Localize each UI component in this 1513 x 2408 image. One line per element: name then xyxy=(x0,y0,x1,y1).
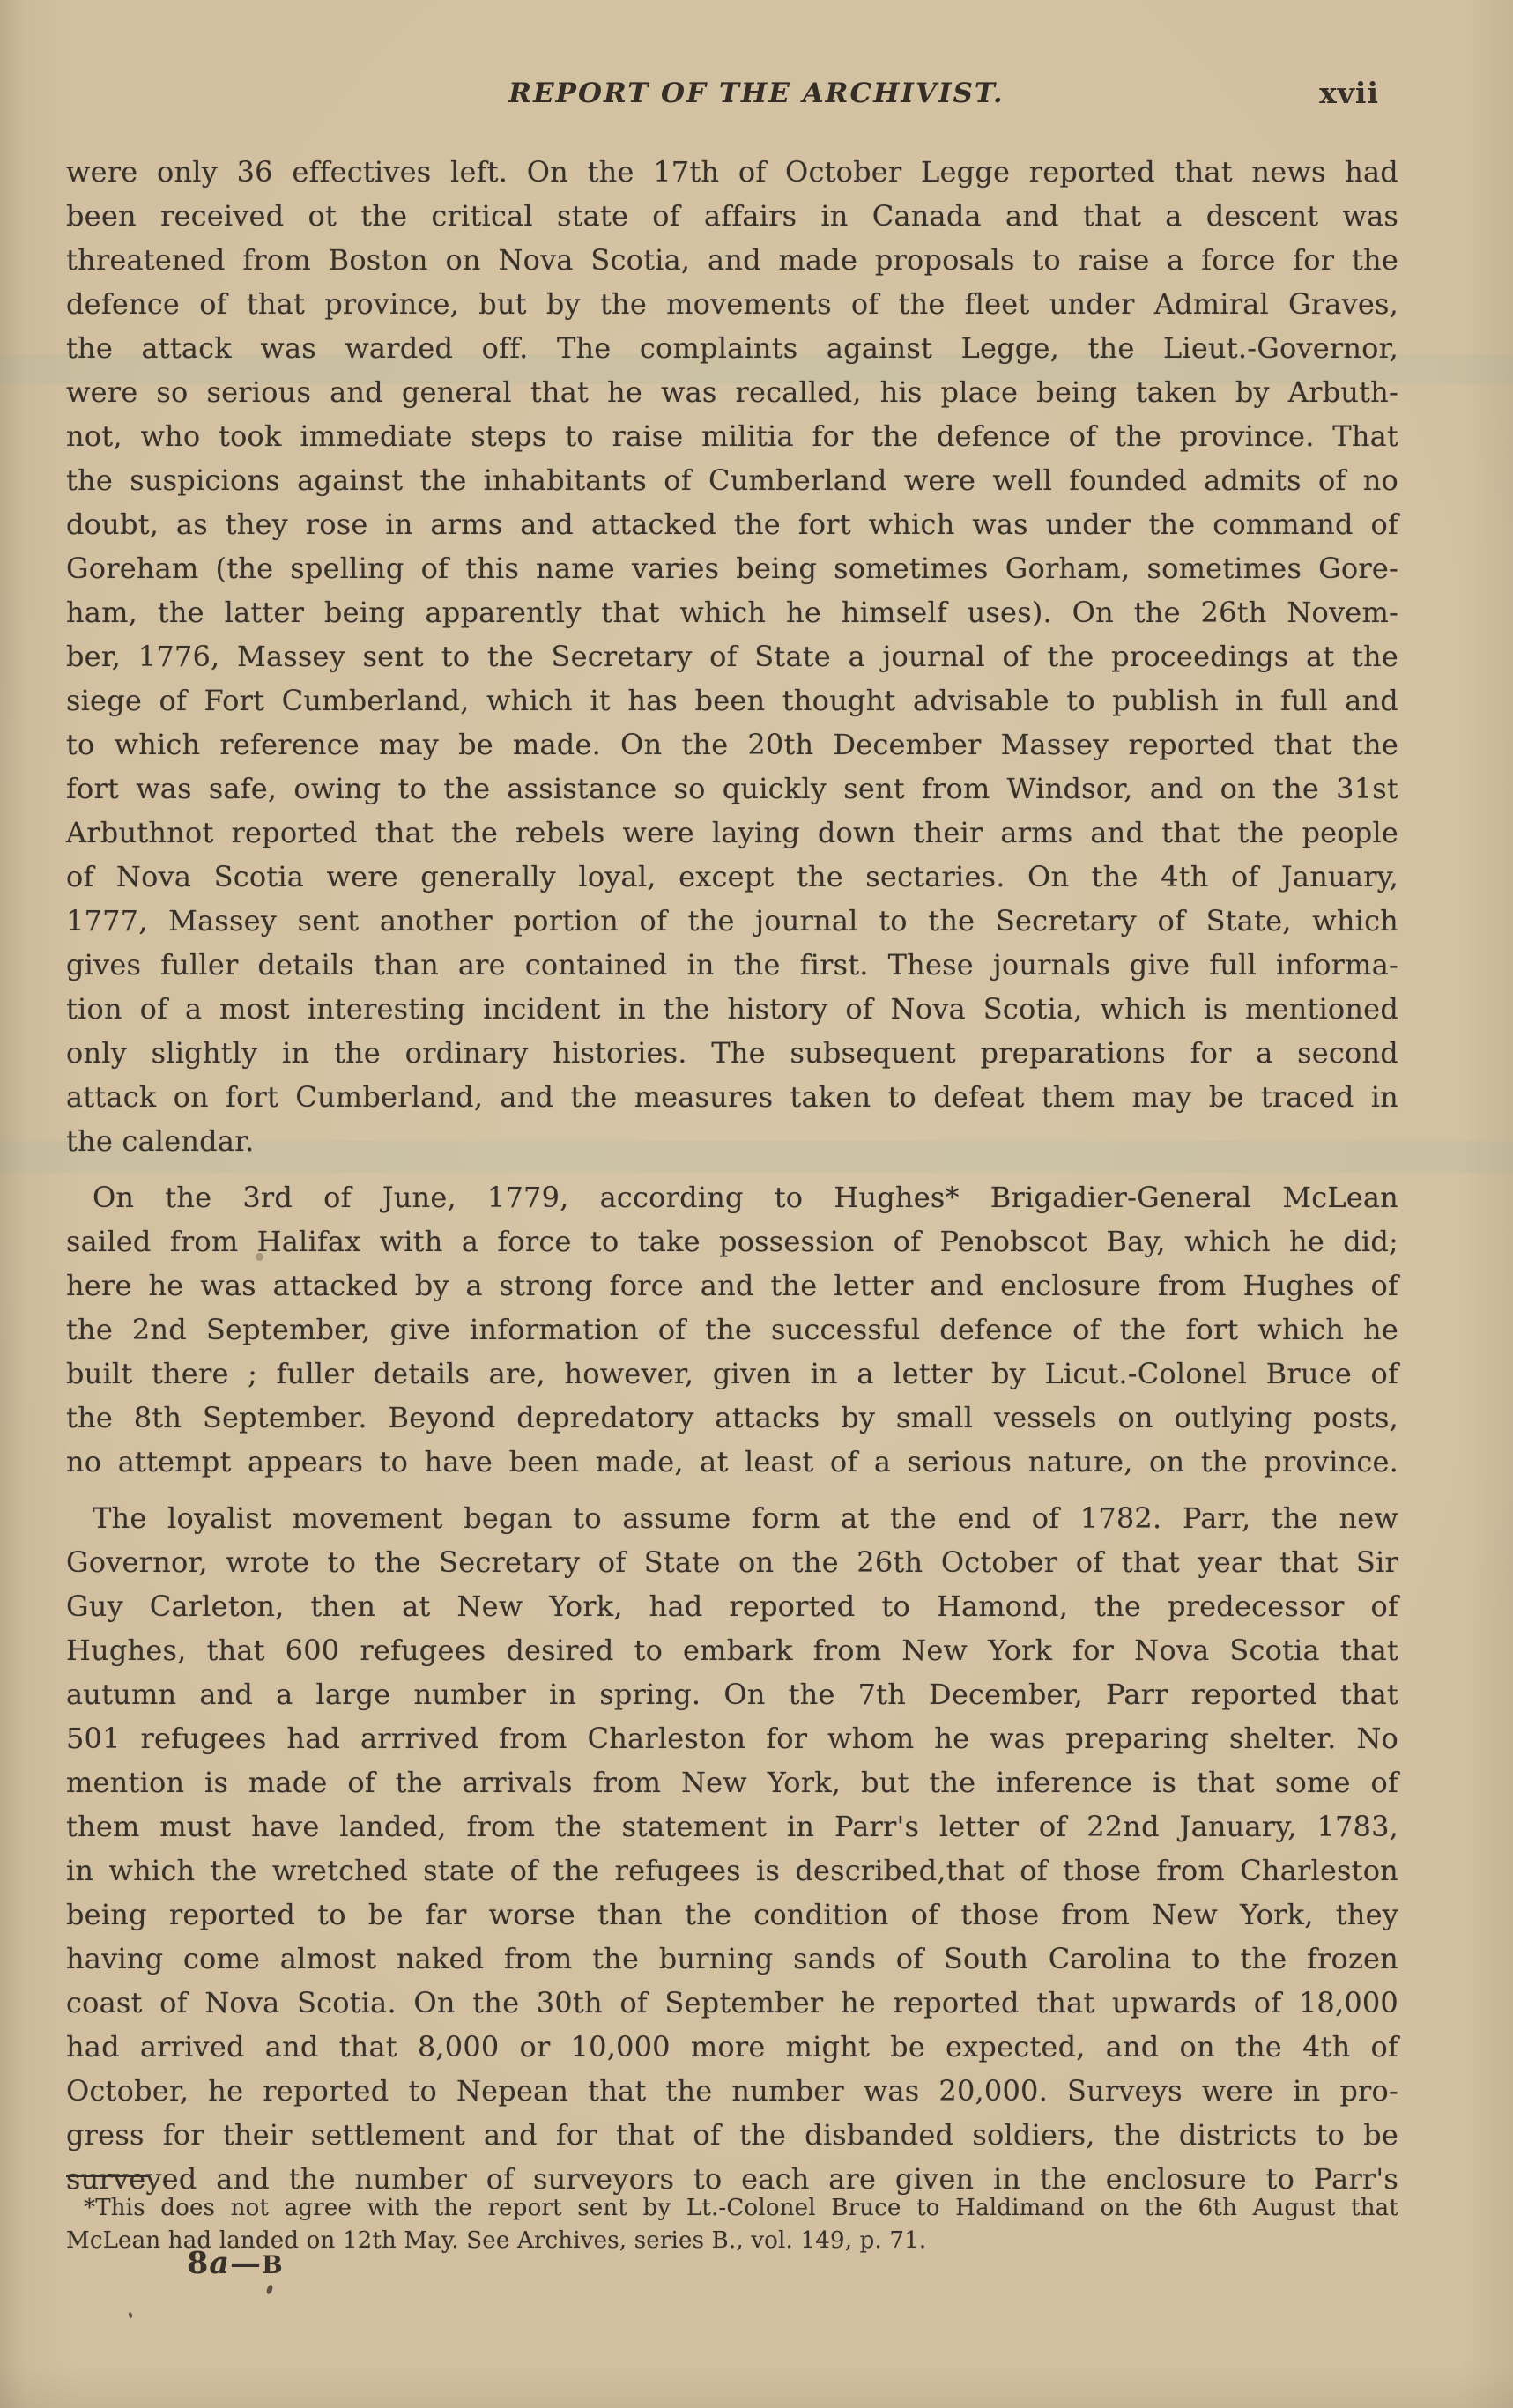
scanned-page: { "colors": { "paper": "#d2c0a0", "ink":… xyxy=(0,0,1513,2408)
printers-signature: 8a—B xyxy=(187,2245,284,2281)
text-line: fort was safe, owing to the assistance s… xyxy=(66,767,1398,811)
text-line: autumn and a large number in spring. On … xyxy=(66,1672,1398,1716)
text-line: ham, the latter being apparently that wh… xyxy=(66,590,1398,634)
text-line: The loyalist movement began to assume fo… xyxy=(66,1496,1398,1540)
text-line: 1777, Massey sent another portion of the… xyxy=(66,899,1398,943)
signature-dash: — xyxy=(230,2245,262,2281)
text-line: the 8th September. Beyond depredatory at… xyxy=(66,1396,1398,1440)
text-line: October, he reported to Nepean that the … xyxy=(66,2069,1398,2113)
signature-mark: B xyxy=(262,2250,284,2279)
footnote-rule xyxy=(66,2175,149,2177)
text-line: 501 refugees had arrrived from Charlesto… xyxy=(66,1716,1398,1760)
text-line: *This does not agree with the report sen… xyxy=(66,2192,1398,2225)
text-line: only slightly in the ordinary histories.… xyxy=(66,1031,1398,1075)
text-line: the 2nd September, give information of t… xyxy=(66,1308,1398,1352)
text-line: them must have landed, from the statemen… xyxy=(66,1804,1398,1849)
text-line: gives fuller details than are contained … xyxy=(66,943,1398,987)
text-line: built there ; fuller details are, howeve… xyxy=(66,1352,1398,1396)
text-line: sailed from Halifax with a force to take… xyxy=(66,1219,1398,1263)
text-line: not, who took immediate steps to raise m… xyxy=(66,414,1398,458)
scan-speck xyxy=(128,2312,133,2319)
paragraph: On the 3rd of June, 1779, according to H… xyxy=(66,1175,1398,1484)
text-line: attack on fort Cumberland, and the measu… xyxy=(66,1075,1398,1119)
scan-speck xyxy=(256,1253,263,1261)
text-line: Hughes, that 600 refugees desired to emb… xyxy=(66,1628,1398,1672)
text-line: defence of that province, but by the mov… xyxy=(66,282,1398,326)
text-line: siege of Fort Cumberland, which it has b… xyxy=(66,678,1398,722)
text-line: had arrived and that 8,000 or 10,000 mor… xyxy=(66,2025,1398,2069)
paragraph: were only 36 effectives left. On the 17t… xyxy=(66,150,1398,1163)
text-line: were so serious and general that he was … xyxy=(66,370,1398,414)
page-number: xvii xyxy=(1319,76,1379,110)
text-line: here he was attacked by a strong force a… xyxy=(66,1263,1398,1308)
text-line: being reported to be far worse than the … xyxy=(66,1893,1398,1937)
scan-speck xyxy=(265,2284,273,2294)
text-line: tion of a most interesting incident in t… xyxy=(66,987,1398,1031)
signature-number: 8 xyxy=(187,2245,209,2281)
text-line: in which the wretched state of the refug… xyxy=(66,1849,1398,1893)
text-line: of Nova Scotia were generally loyal, exc… xyxy=(66,855,1398,899)
text-line: no attempt appears to have been made, at… xyxy=(66,1440,1398,1484)
text-line: the suspicions against the inhabitants o… xyxy=(66,458,1398,502)
text-line: mention is made of the arrivals from New… xyxy=(66,1760,1398,1804)
text-line: were only 36 effectives left. On the 17t… xyxy=(66,150,1398,194)
text-line: doubt, as they rose in arms and attacked… xyxy=(66,502,1398,546)
text-line: Governor, wrote to the Secretary of Stat… xyxy=(66,1540,1398,1584)
page-header: REPORT OF THE ARCHIVIST. xvii xyxy=(0,78,1513,116)
text-line: Arbuthnot reported that the rebels were … xyxy=(66,811,1398,855)
text-line: coast of Nova Scotia. On the 30th of Sep… xyxy=(66,1981,1398,2025)
text-line: the attack was warded off. The complaint… xyxy=(66,326,1398,370)
text-line: ber, 1776, Massey sent to the Secretary … xyxy=(66,634,1398,678)
body-text: were only 36 effectives left. On the 17t… xyxy=(66,150,1398,2201)
paragraph: The loyalist movement began to assume fo… xyxy=(66,1496,1398,2201)
running-title: REPORT OF THE ARCHIVIST. xyxy=(0,78,1513,109)
text-line: having come almost naked from the burnin… xyxy=(66,1937,1398,1981)
text-line: Goreham (the spelling of this name varie… xyxy=(66,546,1398,590)
text-line: On the 3rd of June, 1779, according to H… xyxy=(66,1175,1398,1219)
text-line: Guy Carleton, then at New York, had repo… xyxy=(66,1584,1398,1628)
text-line: the calendar. xyxy=(66,1119,1398,1163)
signature-letter: a xyxy=(209,2245,230,2281)
text-line: gress for their settlement and for that … xyxy=(66,2113,1398,2157)
text-line: been received ot the critical state of a… xyxy=(66,194,1398,238)
text-line: threatened from Boston on Nova Scotia, a… xyxy=(66,238,1398,282)
text-line: to which reference may be made. On the 2… xyxy=(66,722,1398,767)
